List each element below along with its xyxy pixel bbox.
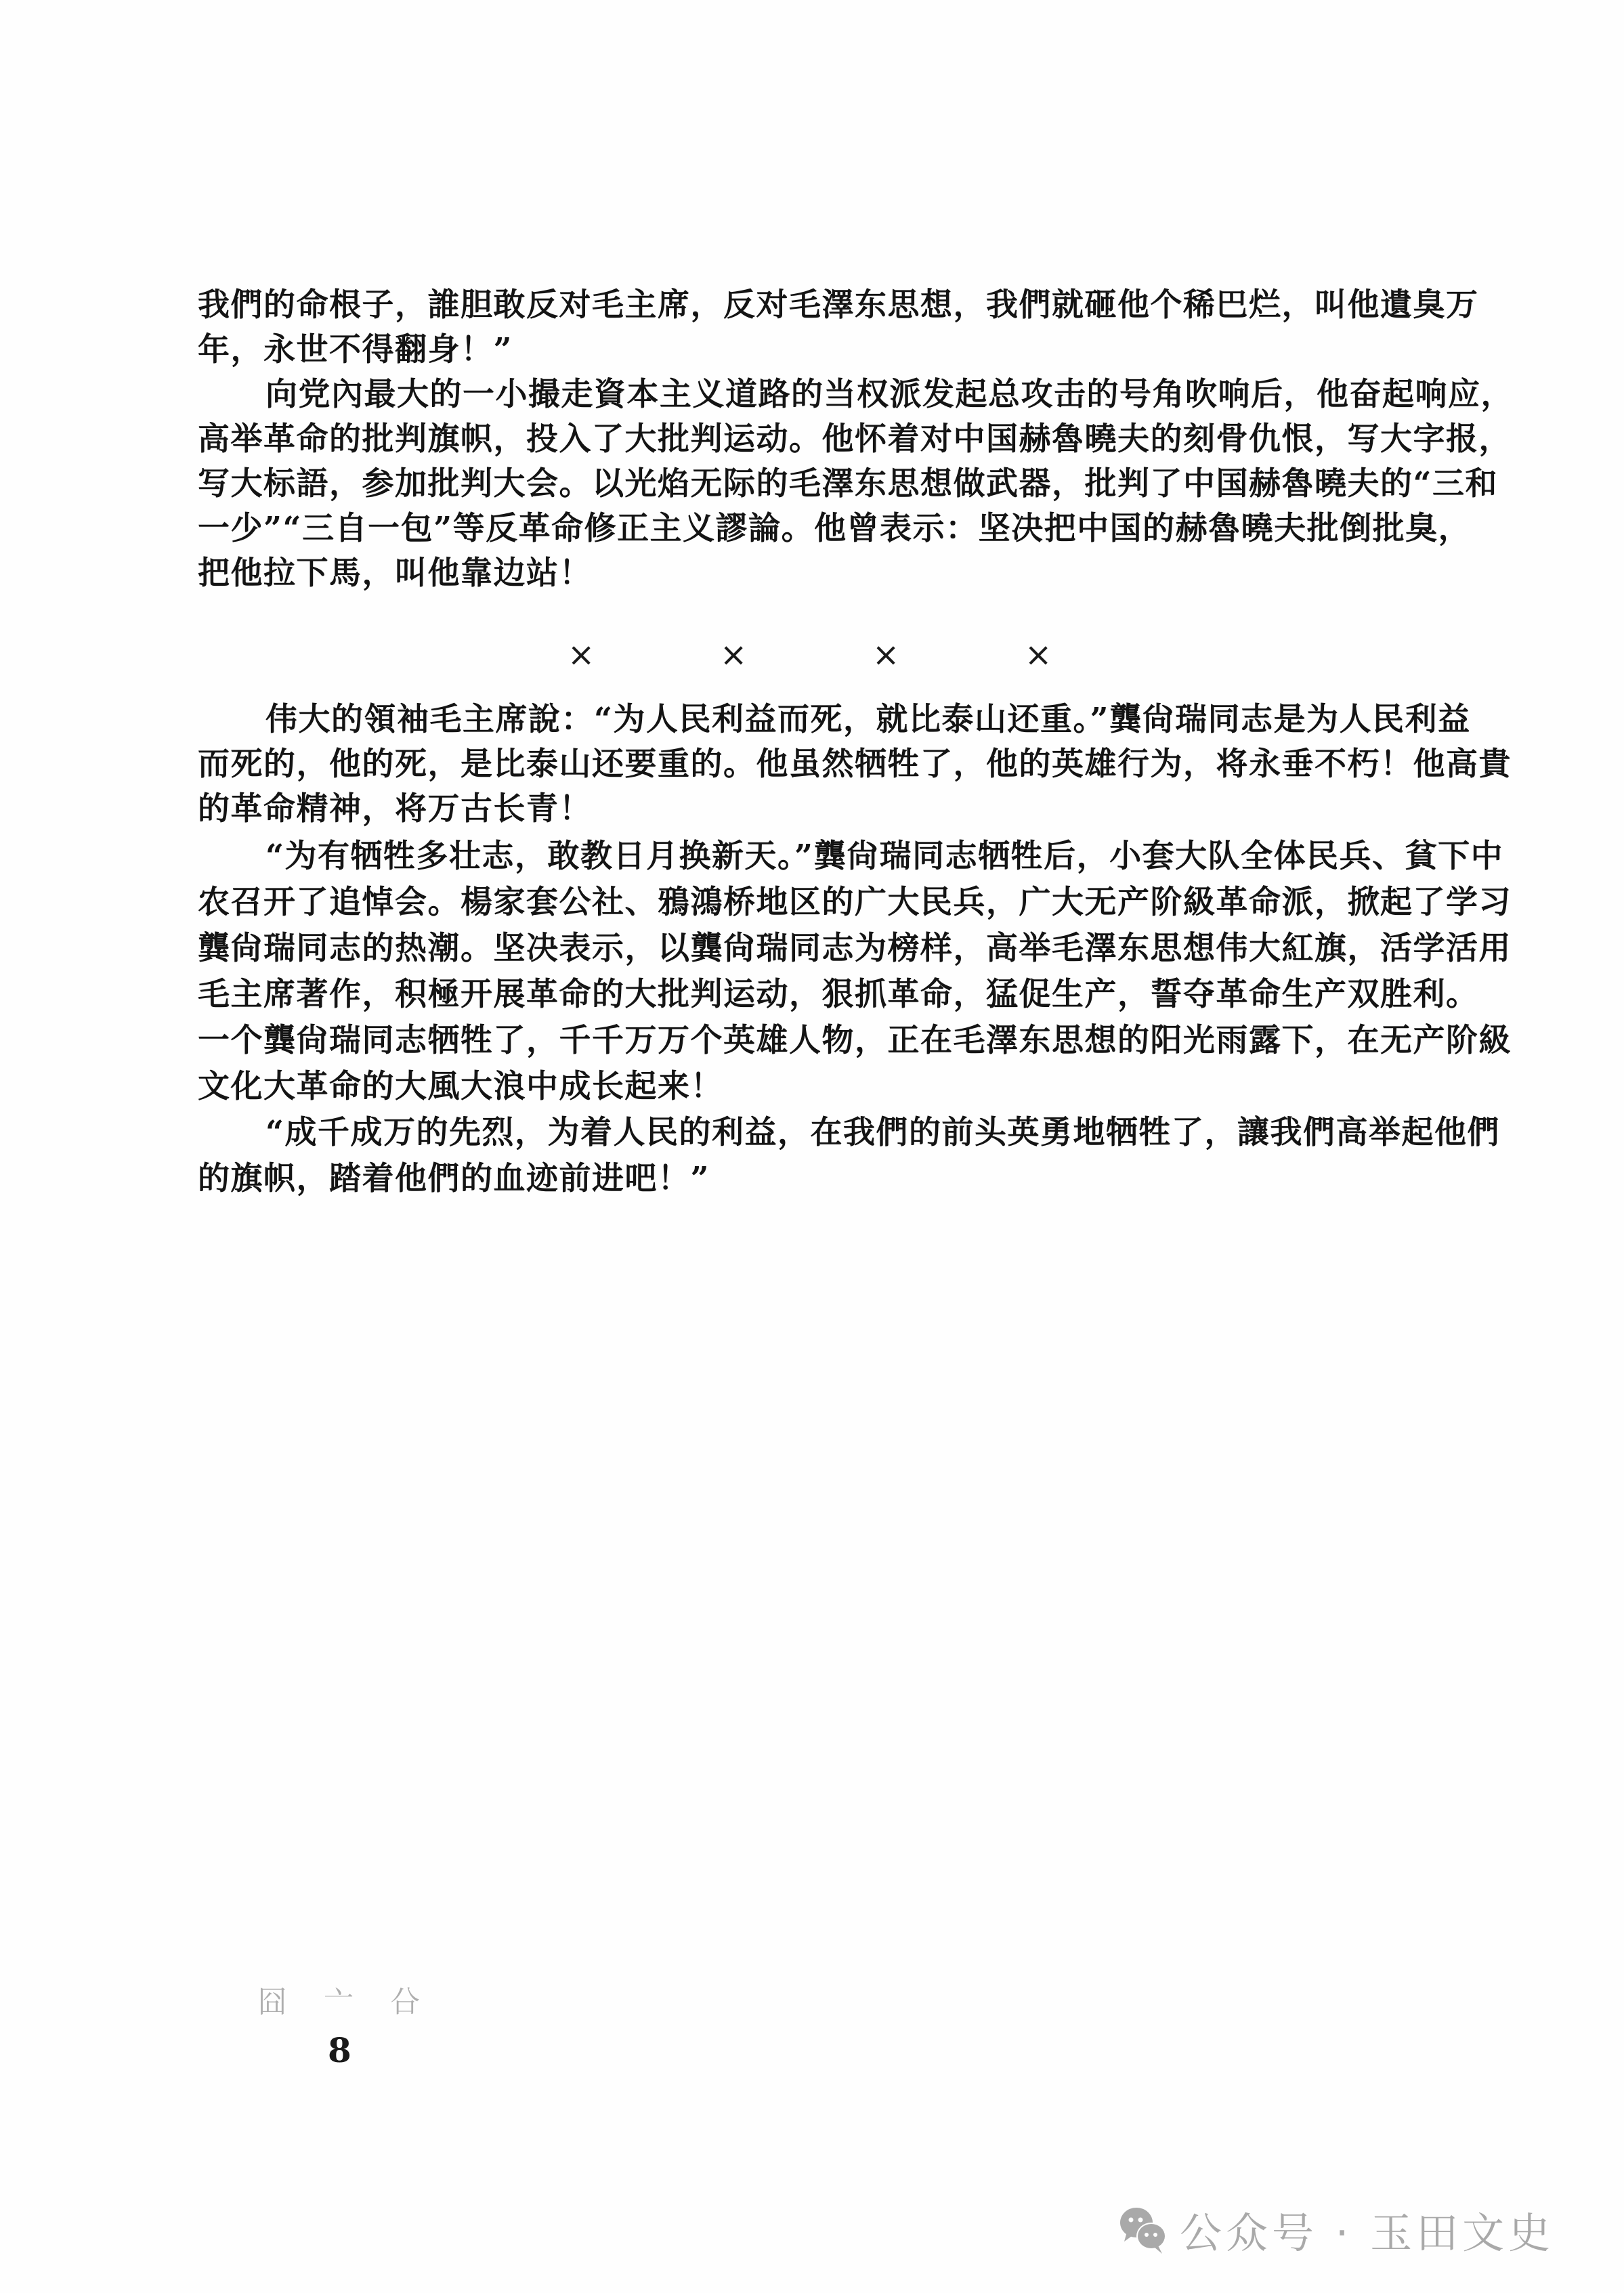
cross-mark: ×: [720, 631, 747, 679]
text-line: “为有牺牲多壮志，敢教日月换新天。”龔尙瑞同志牺牲后，小套大队全体民兵、貧下中: [265, 834, 1437, 879]
section-separator: × × × ×: [0, 631, 1624, 679]
faint-stamp: 囧 亠 㕣: [257, 1977, 433, 2021]
text-line: 的旗帜，踏着他們的血迹前进吧！”: [198, 1157, 1437, 1201]
text-line: 一个龔尙瑞同志牺牲了，千千万万个英雄人物，正在毛澤东思想的阳光雨露下，在无产阶級: [198, 1019, 1437, 1063]
cross-mark: ×: [872, 631, 899, 679]
scanned-page: 我們的命根子，誰胆敢反对毛主席，反对毛澤东思想，我們就砸他个稀巴烂，叫他遺臭万 …: [0, 0, 1624, 2293]
text-line: 年，永世不得翻身！”: [198, 328, 1437, 372]
text-line: 而死的，他的死，是比泰山还要重的。他虽然牺牲了，他的英雄行为，将永垂不朽！他高貴: [198, 742, 1437, 787]
wechat-icon: [1117, 2204, 1169, 2255]
cross-mark: ×: [568, 631, 595, 679]
text-line: 写大标語，参加批判大会。以光焰无际的毛澤东思想做武器，批判了中国赫魯曉夫的“三和: [198, 462, 1437, 507]
text-line: 我們的命根子，誰胆敢反对毛主席，反对毛澤东思想，我們就砸他个稀巴烂，叫他遺臭万: [198, 283, 1437, 328]
page-number: 8: [328, 2030, 351, 2070]
watermark-label: 公众号 · 玉田文史: [1180, 2200, 1554, 2260]
text-line: 高举革命的批判旗帜，投入了大批判运动。他怀着对中国赫魯曉夫的刻骨仇恨，写大字报，: [198, 417, 1437, 462]
text-line: 龔尙瑞同志的热潮。坚决表示，以龔尙瑞同志为榜样，高举毛澤东思想伟大紅旗，活学活用: [198, 926, 1437, 971]
text-line: 农召开了追悼会。楊家套公社、鴉鴻桥地区的广大民兵，广大无产阶級革命派，掀起了学习: [198, 880, 1437, 925]
cross-mark: ×: [1025, 631, 1052, 679]
text-line: 毛主席著作，积極开展革命的大批判运动，狠抓革命，猛促生产，誓夺革命生产双胜利。: [198, 972, 1437, 1017]
text-line: “成千成万的先烈，为着人民的利益，在我們的前头英勇地牺牲了，讓我們高举起他們: [265, 1111, 1437, 1155]
text-line: 一少”“三自一包”等反革命修正主义謬論。他曾表示：坚决把中国的赫魯曉夫批倒批臭，: [198, 507, 1437, 551]
text-line: 伟大的領袖毛主席說：“为人民利益而死，就比泰山还重。”龔尙瑞同志是为人民利益: [265, 698, 1437, 742]
text-line: 把他拉下馬，叫他靠边站！: [198, 551, 1437, 596]
text-line: 的革命精神，将万古长青！: [198, 787, 1437, 832]
text-line: 向党內最大的一小撮走資本主义道路的当权派发起总攻击的号角吹响后，他奋起响应，: [265, 372, 1437, 417]
watermark: 公众号 · 玉田文史: [1117, 2195, 1554, 2263]
text-line: 文化大革命的大風大浪中成长起来！: [198, 1065, 1437, 1109]
